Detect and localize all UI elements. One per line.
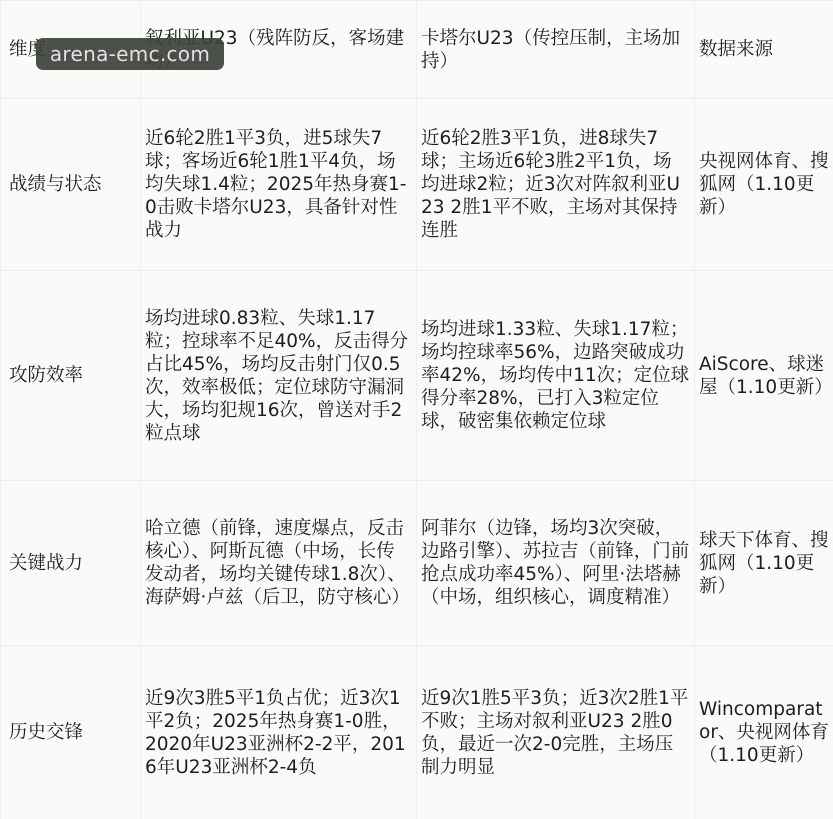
row-dimension: 战绩与状态	[1, 99, 141, 271]
row-source: 央视网体育、搜狐网（1.10更新）	[695, 99, 833, 271]
table-row: 攻防效率 场均进球0.83粒、失球1.17粒；控球率不足40%，反击得分占比45…	[1, 271, 833, 481]
row-syria: 近6轮2胜1平3负，进5球失7球；客场近6轮1胜1平4负，场均失球1.4粒；20…	[141, 99, 417, 271]
watermark-label: arena-emc.com	[36, 38, 224, 70]
header-qatar: 卡塔尔U23（传控压制，主场加持）	[417, 1, 695, 99]
row-dimension: 关键战力	[1, 481, 141, 646]
row-syria: 哈立德（前锋，速度爆点，反击核心）、阿斯瓦德（中场，长传发动者，场均关键传球1.…	[141, 481, 417, 646]
row-dimension: 历史交锋	[1, 646, 141, 819]
row-source: AiScore、球迷屋（1.10更新）	[695, 271, 833, 481]
row-qatar: 近6轮2胜3平1负，进8球失7球；主场近6轮3胜2平1负，场均进球2粒；近3次对…	[417, 99, 695, 271]
row-syria: 场均进球0.83粒、失球1.17粒；控球率不足40%，反击得分占比45%，场均反…	[141, 271, 417, 481]
table-row: 历史交锋 近9次3胜5平1负占优；近3次1平2负；2025年热身赛1-0胜，20…	[1, 646, 833, 819]
comparison-table: 维度 叙利亚U23（残阵防反，客场建功） 卡塔尔U23（传控压制，主场加持） 数…	[0, 0, 833, 819]
table-row: 战绩与状态 近6轮2胜1平3负，进5球失7球；客场近6轮1胜1平4负，场均失球1…	[1, 99, 833, 271]
row-source: Wincomparator、央视网体育（1.10更新）	[695, 646, 833, 819]
row-syria: 近9次3胜5平1负占优；近3次1平2负；2025年热身赛1-0胜，2020年U2…	[141, 646, 417, 819]
header-source: 数据来源	[695, 1, 833, 99]
row-qatar: 近9次1胜5平3负；近3次2胜1平不败；主场对叙利亚U23 2胜0负，最近一次2…	[417, 646, 695, 819]
row-qatar: 场均进球1.33粒、失球1.17粒；场均控球率56%，边路突破成功率42%，场均…	[417, 271, 695, 481]
row-source: 球天下体育、搜狐网（1.10更新）	[695, 481, 833, 646]
table-row: 关键战力 哈立德（前锋，速度爆点，反击核心）、阿斯瓦德（中场，长传发动者，场均关…	[1, 481, 833, 646]
row-qatar: 阿菲尔（边锋，场均3次突破，边路引擎）、苏拉吉（前锋，门前抢点成功率45%）、阿…	[417, 481, 695, 646]
row-dimension: 攻防效率	[1, 271, 141, 481]
